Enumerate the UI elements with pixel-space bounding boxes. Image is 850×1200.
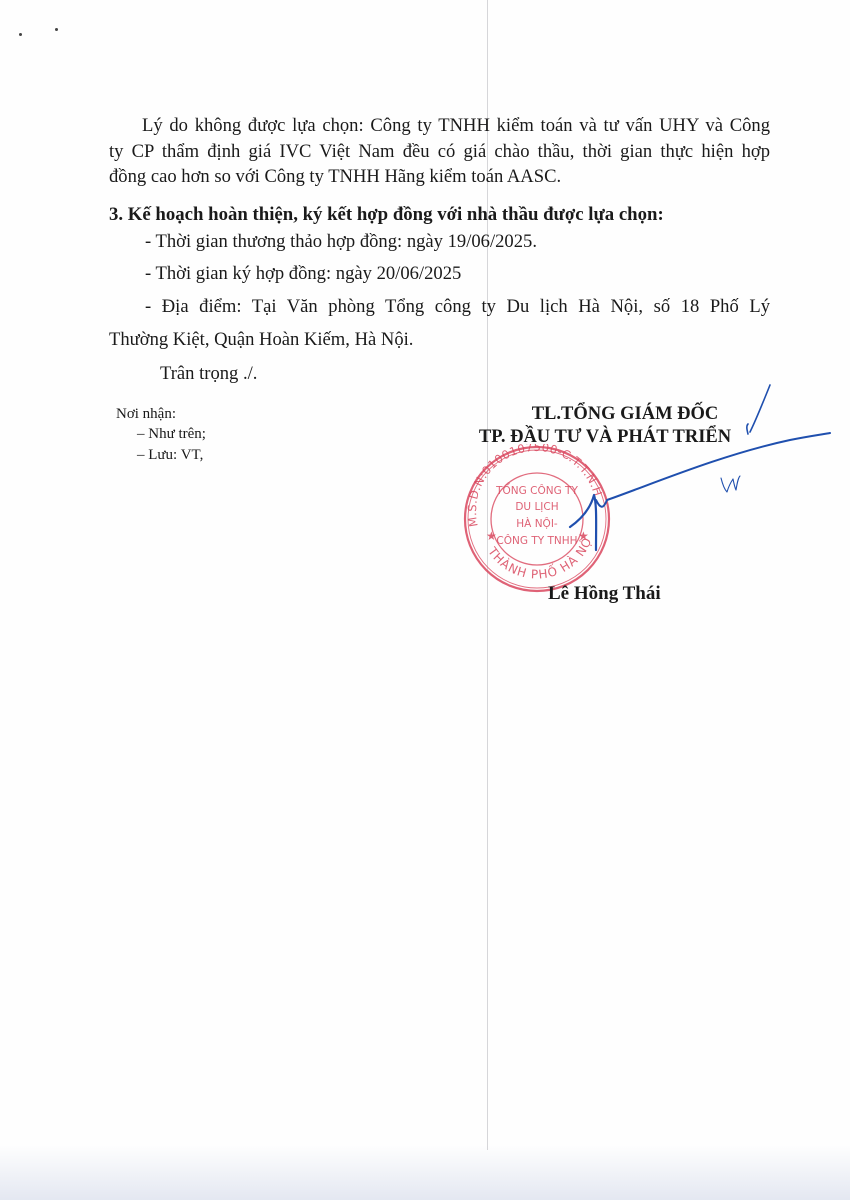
reason-line-1: Lý do không được lựa chọn: Công ty TNHH … [142,117,770,136]
recipient-item: – Lưu: VT, [137,448,203,463]
company-stamp: M.S.D.N:0100107500-C.T.T.N.H THÀNH PHỐ H… [462,444,612,594]
scan-speck [19,33,22,36]
stamp-inner-text: DU LỊCH [515,501,558,513]
recipients-label: Nơi nhận: [116,407,176,422]
recipient-item: – Như trên; [137,427,206,442]
location-line-2: Thường Kiệt, Quận Hoàn Kiếm, Hà Nội. [109,331,413,350]
stamp-inner-text: TỔNG CÔNG TY [495,482,578,497]
stamp-star-icon: ★ [486,529,497,543]
reason-line-2: ty CP thẩm định giá IVC Việt Nam đều có … [109,143,770,162]
signing-time: - Thời gian ký hợp đồng: ngày 20/06/2025 [145,265,461,284]
scan-speck [55,28,58,31]
negotiation-time: - Thời gian thương thảo hợp đồng: ngày 1… [145,233,537,252]
reason-line-3: đồng cao hơn so với Công ty TNHH Hãng ki… [109,168,561,187]
signer-title-1: TL.TỔNG GIÁM ĐỐC [470,404,780,425]
location-line-1: - Địa điểm: Tại Văn phòng Tổng công ty D… [145,298,770,317]
signer-name: Lê Hồng Thái [548,583,661,605]
stamp-star-icon: ★ [578,529,589,543]
closing-text: Trân trọng ./. [160,365,257,384]
section-heading: 3. Kế hoạch hoàn thiện, ký kết hợp đồng … [109,206,664,225]
stamp-inner-text: HÀ NỘI- [516,517,558,530]
stamp-inner-text: CÔNG TY TNHH [496,534,577,547]
scan-shadow [0,1145,850,1200]
